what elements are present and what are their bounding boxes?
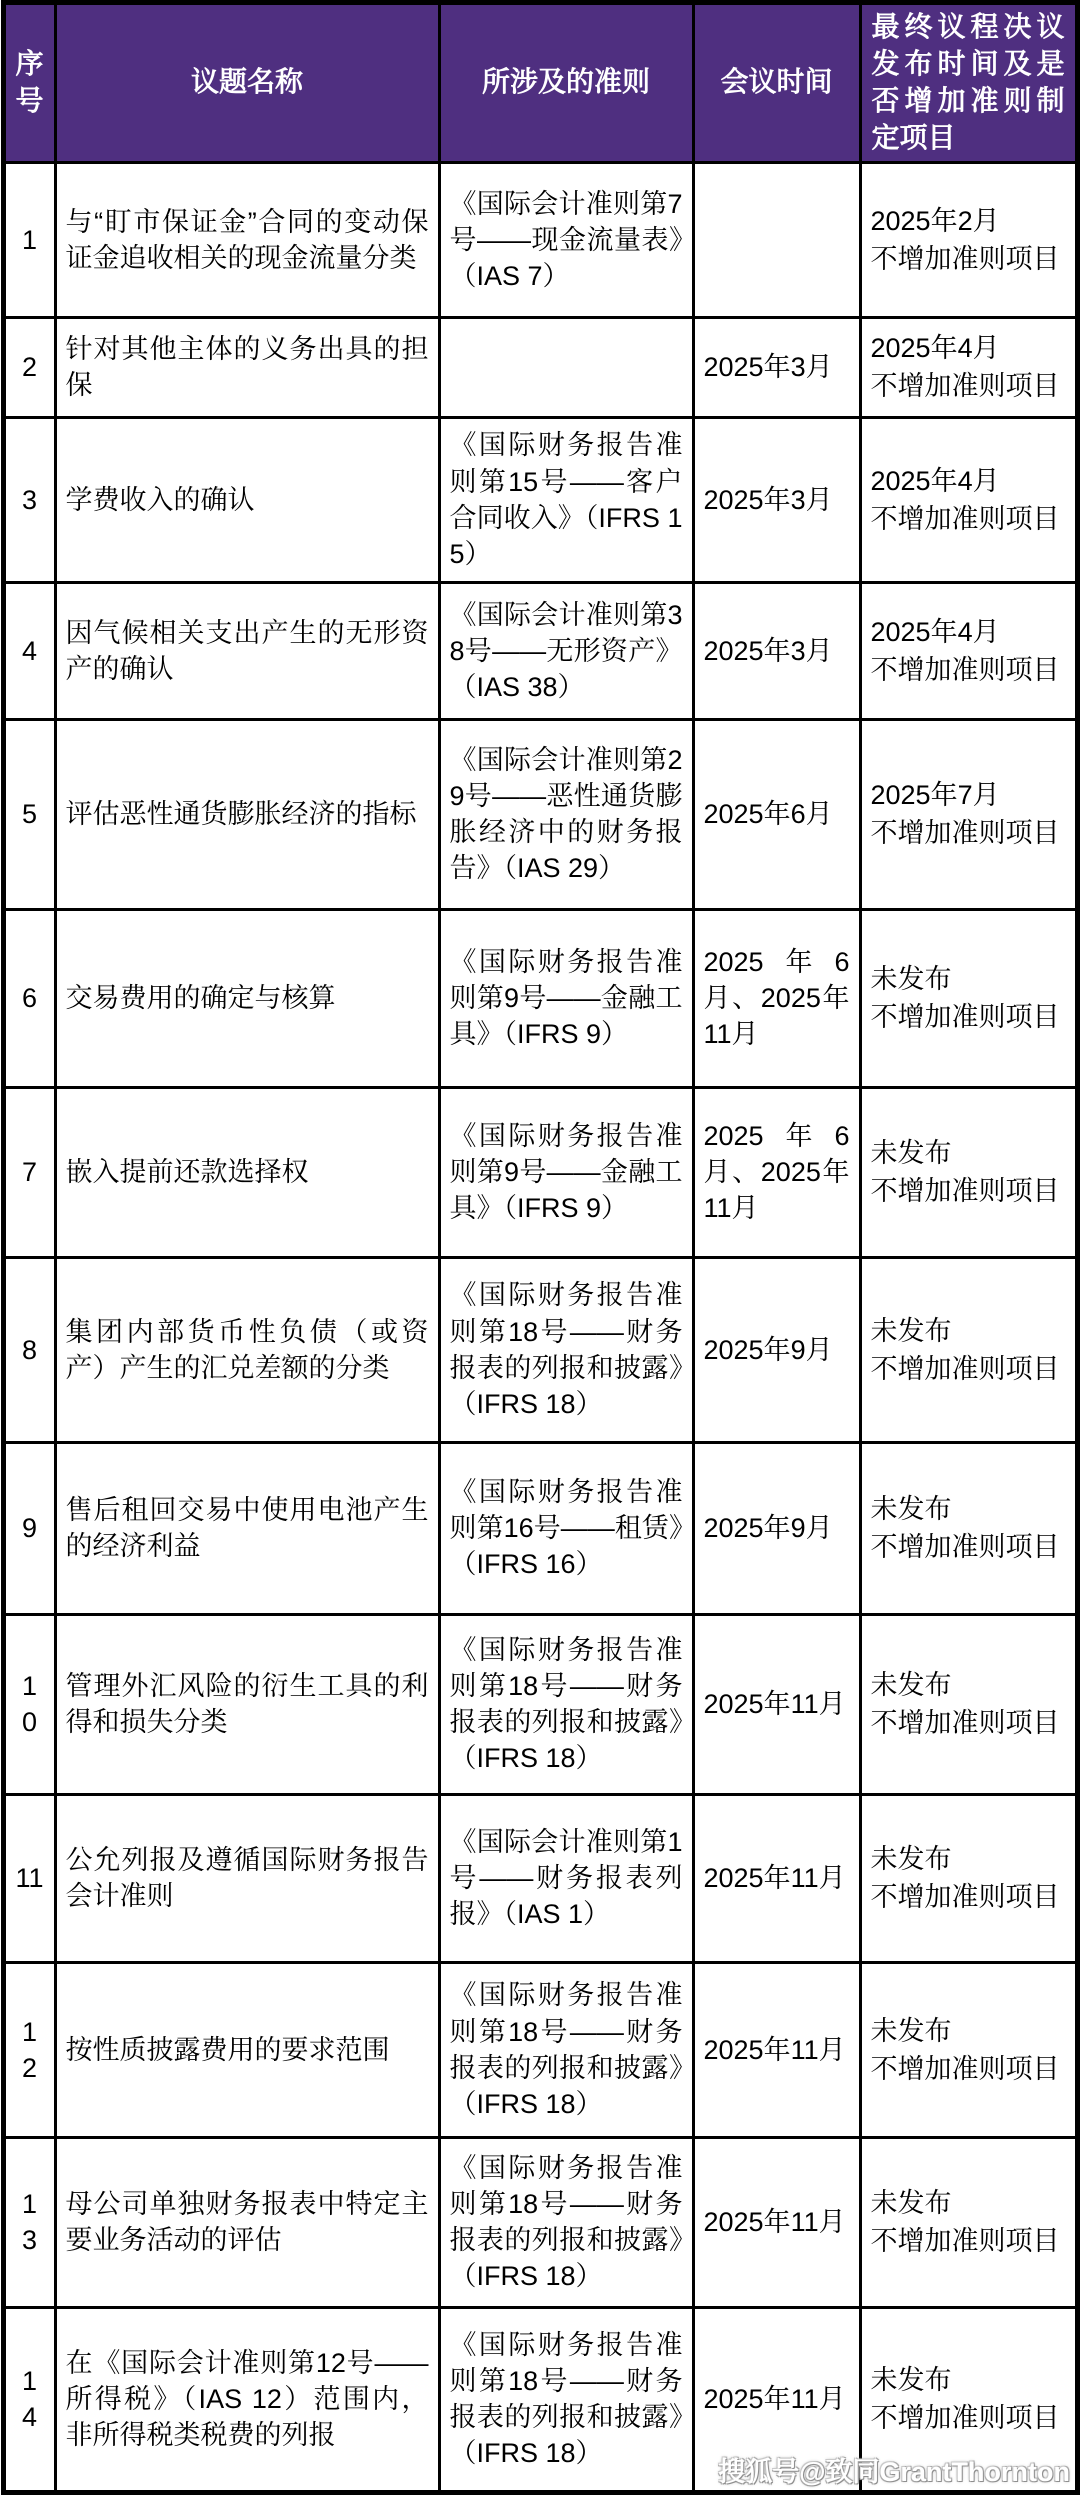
cell-final-decision: 2025年2月 不增加准则项目 xyxy=(860,162,1077,317)
cell-row-number: 12 xyxy=(3,1962,55,2137)
final-decision-note: 不增加准则项目 xyxy=(871,815,1066,851)
table-row: 12 按性质披露费用的要求范围 《国际财务报告准则第18号——财务报表的列报和披… xyxy=(3,1962,1077,2137)
header-col-topic: 议题名称 xyxy=(55,3,439,163)
cell-row-number: 13 xyxy=(3,2137,55,2307)
table-row: 1 与“盯市保证金”合同的变动保证金追收相关的现金流量分类 《国际会计准则第7号… xyxy=(3,162,1077,317)
cell-final-decision: 未发布 不增加准则项目 xyxy=(860,1794,1077,1962)
final-decision-note: 不增加准则项目 xyxy=(871,2051,1066,2087)
cell-row-number: 6 xyxy=(3,909,55,1087)
cell-topic-name: 与“盯市保证金”合同的变动保证金追收相关的现金流量分类 xyxy=(55,162,439,317)
page: 序号 议题名称 所涉及的准则 会议时间 最终议程决议发布时间及是否增加准则制定项… xyxy=(0,0,1080,2495)
cell-row-number: 10 xyxy=(3,1614,55,1794)
cell-final-decision: 2025年7月 不增加准则项目 xyxy=(860,719,1077,909)
cell-meeting-time: 2025年11月 xyxy=(693,2137,860,2307)
table-header: 序号 议题名称 所涉及的准则 会议时间 最终议程决议发布时间及是否增加准则制定项… xyxy=(3,3,1077,163)
final-decision-note: 不增加准则项目 xyxy=(871,652,1066,688)
cell-standard-involved: 《国际财务报告准则第18号——财务报表的列报和披露》（IFRS 18） xyxy=(439,1962,693,2137)
cell-topic-name: 在《国际会计准则第12号——所得税》（IAS 12）范围内，非所得税类税费的列报 xyxy=(55,2307,439,2492)
watermark: 搜狐号@致同GrantThornton xyxy=(718,2450,1070,2489)
cell-final-decision: 未发布 不增加准则项目 xyxy=(860,1442,1077,1614)
cell-standard-involved: 《国际会计准则第7号——现金流量表》（IAS 7） xyxy=(439,162,693,317)
cell-final-decision: 未发布 不增加准则项目 xyxy=(860,1962,1077,2137)
cell-row-number: 11 xyxy=(3,1794,55,1962)
cell-meeting-time: 2025年11月 xyxy=(693,1962,860,2137)
final-decision-date: 未发布 xyxy=(871,961,1066,997)
table-body: 1 与“盯市保证金”合同的变动保证金追收相关的现金流量分类 《国际会计准则第7号… xyxy=(3,162,1077,2492)
cell-meeting-time: 2025年9月 xyxy=(693,1257,860,1442)
final-decision-note: 不增加准则项目 xyxy=(871,999,1066,1035)
cell-topic-name: 针对其他主体的义务出具的担保 xyxy=(55,317,439,417)
header-col-no: 序号 xyxy=(3,3,55,163)
table-row: 10 管理外汇风险的衍生工具的利得和损失分类 《国际财务报告准则第18号——财务… xyxy=(3,1614,1077,1794)
cell-meeting-time: 2025年3月 xyxy=(693,582,860,719)
final-decision-note: 不增加准则项目 xyxy=(871,2400,1066,2436)
cell-final-decision: 2025年4月 不增加准则项目 xyxy=(860,317,1077,417)
final-decision-date: 未发布 xyxy=(871,1841,1066,1877)
cell-meeting-time: 2025年6月、2025年11月 xyxy=(693,1087,860,1257)
cell-topic-name: 按性质披露费用的要求范围 xyxy=(55,1962,439,2137)
final-decision-date: 2025年4月 xyxy=(871,330,1066,366)
cell-topic-name: 集团内部货币性负债（或资产）产生的汇兑差额的分类 xyxy=(55,1257,439,1442)
final-decision-note: 不增加准则项目 xyxy=(871,1879,1066,1915)
cell-meeting-time: 2025年11月 xyxy=(693,1614,860,1794)
header-col-meeting: 会议时间 xyxy=(693,3,860,163)
final-decision-date: 2025年4月 xyxy=(871,463,1066,499)
cell-row-number: 3 xyxy=(3,417,55,582)
final-decision-date: 2025年4月 xyxy=(871,614,1066,650)
table-row: 7 嵌入提前还款选择权 《国际财务报告准则第9号——金融工具》（IFRS 9） … xyxy=(3,1087,1077,1257)
header-row: 序号 议题名称 所涉及的准则 会议时间 最终议程决议发布时间及是否增加准则制定项… xyxy=(3,3,1077,163)
cell-standard-involved: 《国际财务报告准则第16号——租赁》（IFRS 16） xyxy=(439,1442,693,1614)
cell-final-decision: 2025年4月 不增加准则项目 xyxy=(860,417,1077,582)
final-decision-date: 2025年7月 xyxy=(871,777,1066,813)
table-row: 6 交易费用的确定与核算 《国际财务报告准则第9号——金融工具》（IFRS 9）… xyxy=(3,909,1077,1087)
cell-standard-involved: 《国际财务报告准则第18号——财务报表的列报和披露》（IFRS 18） xyxy=(439,2137,693,2307)
table-row: 4 因气候相关支出产生的无形资产的确认 《国际会计准则第38号——无形资产》（I… xyxy=(3,582,1077,719)
final-decision-note: 不增加准则项目 xyxy=(871,1173,1066,1209)
table-row: 5 评估恶性通货膨胀经济的指标 《国际会计准则第29号——恶性通货膨胀经济中的财… xyxy=(3,719,1077,909)
cell-standard-involved: 《国际财务报告准则第18号——财务报表的列报和披露》（IFRS 18） xyxy=(439,1257,693,1442)
table-row: 13 母公司单独财务报表中特定主要业务活动的评估 《国际财务报告准则第18号——… xyxy=(3,2137,1077,2307)
final-decision-note: 不增加准则项目 xyxy=(871,1705,1066,1741)
cell-meeting-time xyxy=(693,162,860,317)
cell-final-decision: 2025年4月 不增加准则项目 xyxy=(860,582,1077,719)
final-decision-date: 2025年2月 xyxy=(871,203,1066,239)
cell-topic-name: 因气候相关支出产生的无形资产的确认 xyxy=(55,582,439,719)
cell-final-decision: 未发布 不增加准则项目 xyxy=(860,909,1077,1087)
cell-final-decision: 未发布 不增加准则项目 xyxy=(860,1087,1077,1257)
cell-standard-involved: 《国际财务报告准则第9号——金融工具》（IFRS 9） xyxy=(439,909,693,1087)
cell-row-number: 7 xyxy=(3,1087,55,1257)
table-row: 11 公允列报及遵循国际财务报告会计准则 《国际会计准则第1号——财务报表列报》… xyxy=(3,1794,1077,1962)
cell-topic-name: 管理外汇风险的衍生工具的利得和损失分类 xyxy=(55,1614,439,1794)
cell-standard-involved: 《国际财务报告准则第18号——财务报表的列报和披露》（IFRS 18） xyxy=(439,2307,693,2492)
header-col-final: 最终议程决议发布时间及是否增加准则制定项目 xyxy=(860,3,1077,163)
final-decision-note: 不增加准则项目 xyxy=(871,1529,1066,1565)
final-decision-note: 不增加准则项目 xyxy=(871,1351,1066,1387)
cell-meeting-time: 2025年3月 xyxy=(693,417,860,582)
cell-final-decision: 未发布 不增加准则项目 xyxy=(860,1614,1077,1794)
cell-meeting-time: 2025年11月 xyxy=(693,1794,860,1962)
final-decision-date: 未发布 xyxy=(871,2362,1066,2398)
cell-standard-involved: 《国际会计准则第1号——财务报表列报》（IAS 1） xyxy=(439,1794,693,1962)
cell-topic-name: 公允列报及遵循国际财务报告会计准则 xyxy=(55,1794,439,1962)
final-decision-note: 不增加准则项目 xyxy=(871,241,1066,277)
cell-standard-involved: 《国际财务报告准则第18号——财务报表的列报和披露》（IFRS 18） xyxy=(439,1614,693,1794)
cell-topic-name: 嵌入提前还款选择权 xyxy=(55,1087,439,1257)
final-decision-date: 未发布 xyxy=(871,1313,1066,1349)
final-decision-date: 未发布 xyxy=(871,1135,1066,1171)
cell-topic-name: 学费收入的确认 xyxy=(55,417,439,582)
cell-topic-name: 母公司单独财务报表中特定主要业务活动的评估 xyxy=(55,2137,439,2307)
cell-meeting-time: 2025年6月、2025年11月 xyxy=(693,909,860,1087)
cell-topic-name: 交易费用的确定与核算 xyxy=(55,909,439,1087)
cell-row-number: 1 xyxy=(3,162,55,317)
cell-standard-involved: 《国际会计准则第38号——无形资产》（IAS 38） xyxy=(439,582,693,719)
final-decision-date: 未发布 xyxy=(871,2185,1066,2221)
cell-final-decision: 未发布 不增加准则项目 xyxy=(860,2137,1077,2307)
cell-meeting-time: 2025年3月 xyxy=(693,317,860,417)
final-decision-date: 未发布 xyxy=(871,1491,1066,1527)
cell-row-number: 5 xyxy=(3,719,55,909)
final-decision-note: 不增加准则项目 xyxy=(871,501,1066,537)
table-row: 3 学费收入的确认 《国际财务报告准则第15号——客户合同收入》（IFRS 15… xyxy=(3,417,1077,582)
final-decision-date: 未发布 xyxy=(871,2013,1066,2049)
agenda-decisions-table: 序号 议题名称 所涉及的准则 会议时间 最终议程决议发布时间及是否增加准则制定项… xyxy=(1,0,1080,2495)
cell-row-number: 4 xyxy=(3,582,55,719)
cell-final-decision: 未发布 不增加准则项目 xyxy=(860,1257,1077,1442)
table-row: 9 售后租回交易中使用电池产生的经济利益 《国际财务报告准则第16号——租赁》（… xyxy=(3,1442,1077,1614)
final-decision-date: 未发布 xyxy=(871,1667,1066,1703)
header-col-standard: 所涉及的准则 xyxy=(439,3,693,163)
cell-standard-involved: 《国际财务报告准则第15号——客户合同收入》（IFRS 15） xyxy=(439,417,693,582)
table-row: 2 针对其他主体的义务出具的担保 2025年3月 2025年4月 不增加准则项目 xyxy=(3,317,1077,417)
cell-meeting-time: 2025年6月 xyxy=(693,719,860,909)
final-decision-note: 不增加准则项目 xyxy=(871,2223,1066,2259)
table-row: 8 集团内部货币性负债（或资产）产生的汇兑差额的分类 《国际财务报告准则第18号… xyxy=(3,1257,1077,1442)
cell-row-number: 2 xyxy=(3,317,55,417)
cell-row-number: 9 xyxy=(3,1442,55,1614)
cell-standard-involved: 《国际会计准则第29号——恶性通货膨胀经济中的财务报告》（IAS 29） xyxy=(439,719,693,909)
cell-standard-involved xyxy=(439,317,693,417)
cell-row-number: 14 xyxy=(3,2307,55,2492)
cell-meeting-time: 2025年9月 xyxy=(693,1442,860,1614)
cell-topic-name: 售后租回交易中使用电池产生的经济利益 xyxy=(55,1442,439,1614)
cell-row-number: 8 xyxy=(3,1257,55,1442)
final-decision-note: 不增加准则项目 xyxy=(871,368,1066,404)
cell-standard-involved: 《国际财务报告准则第9号——金融工具》（IFRS 9） xyxy=(439,1087,693,1257)
cell-topic-name: 评估恶性通货膨胀经济的指标 xyxy=(55,719,439,909)
